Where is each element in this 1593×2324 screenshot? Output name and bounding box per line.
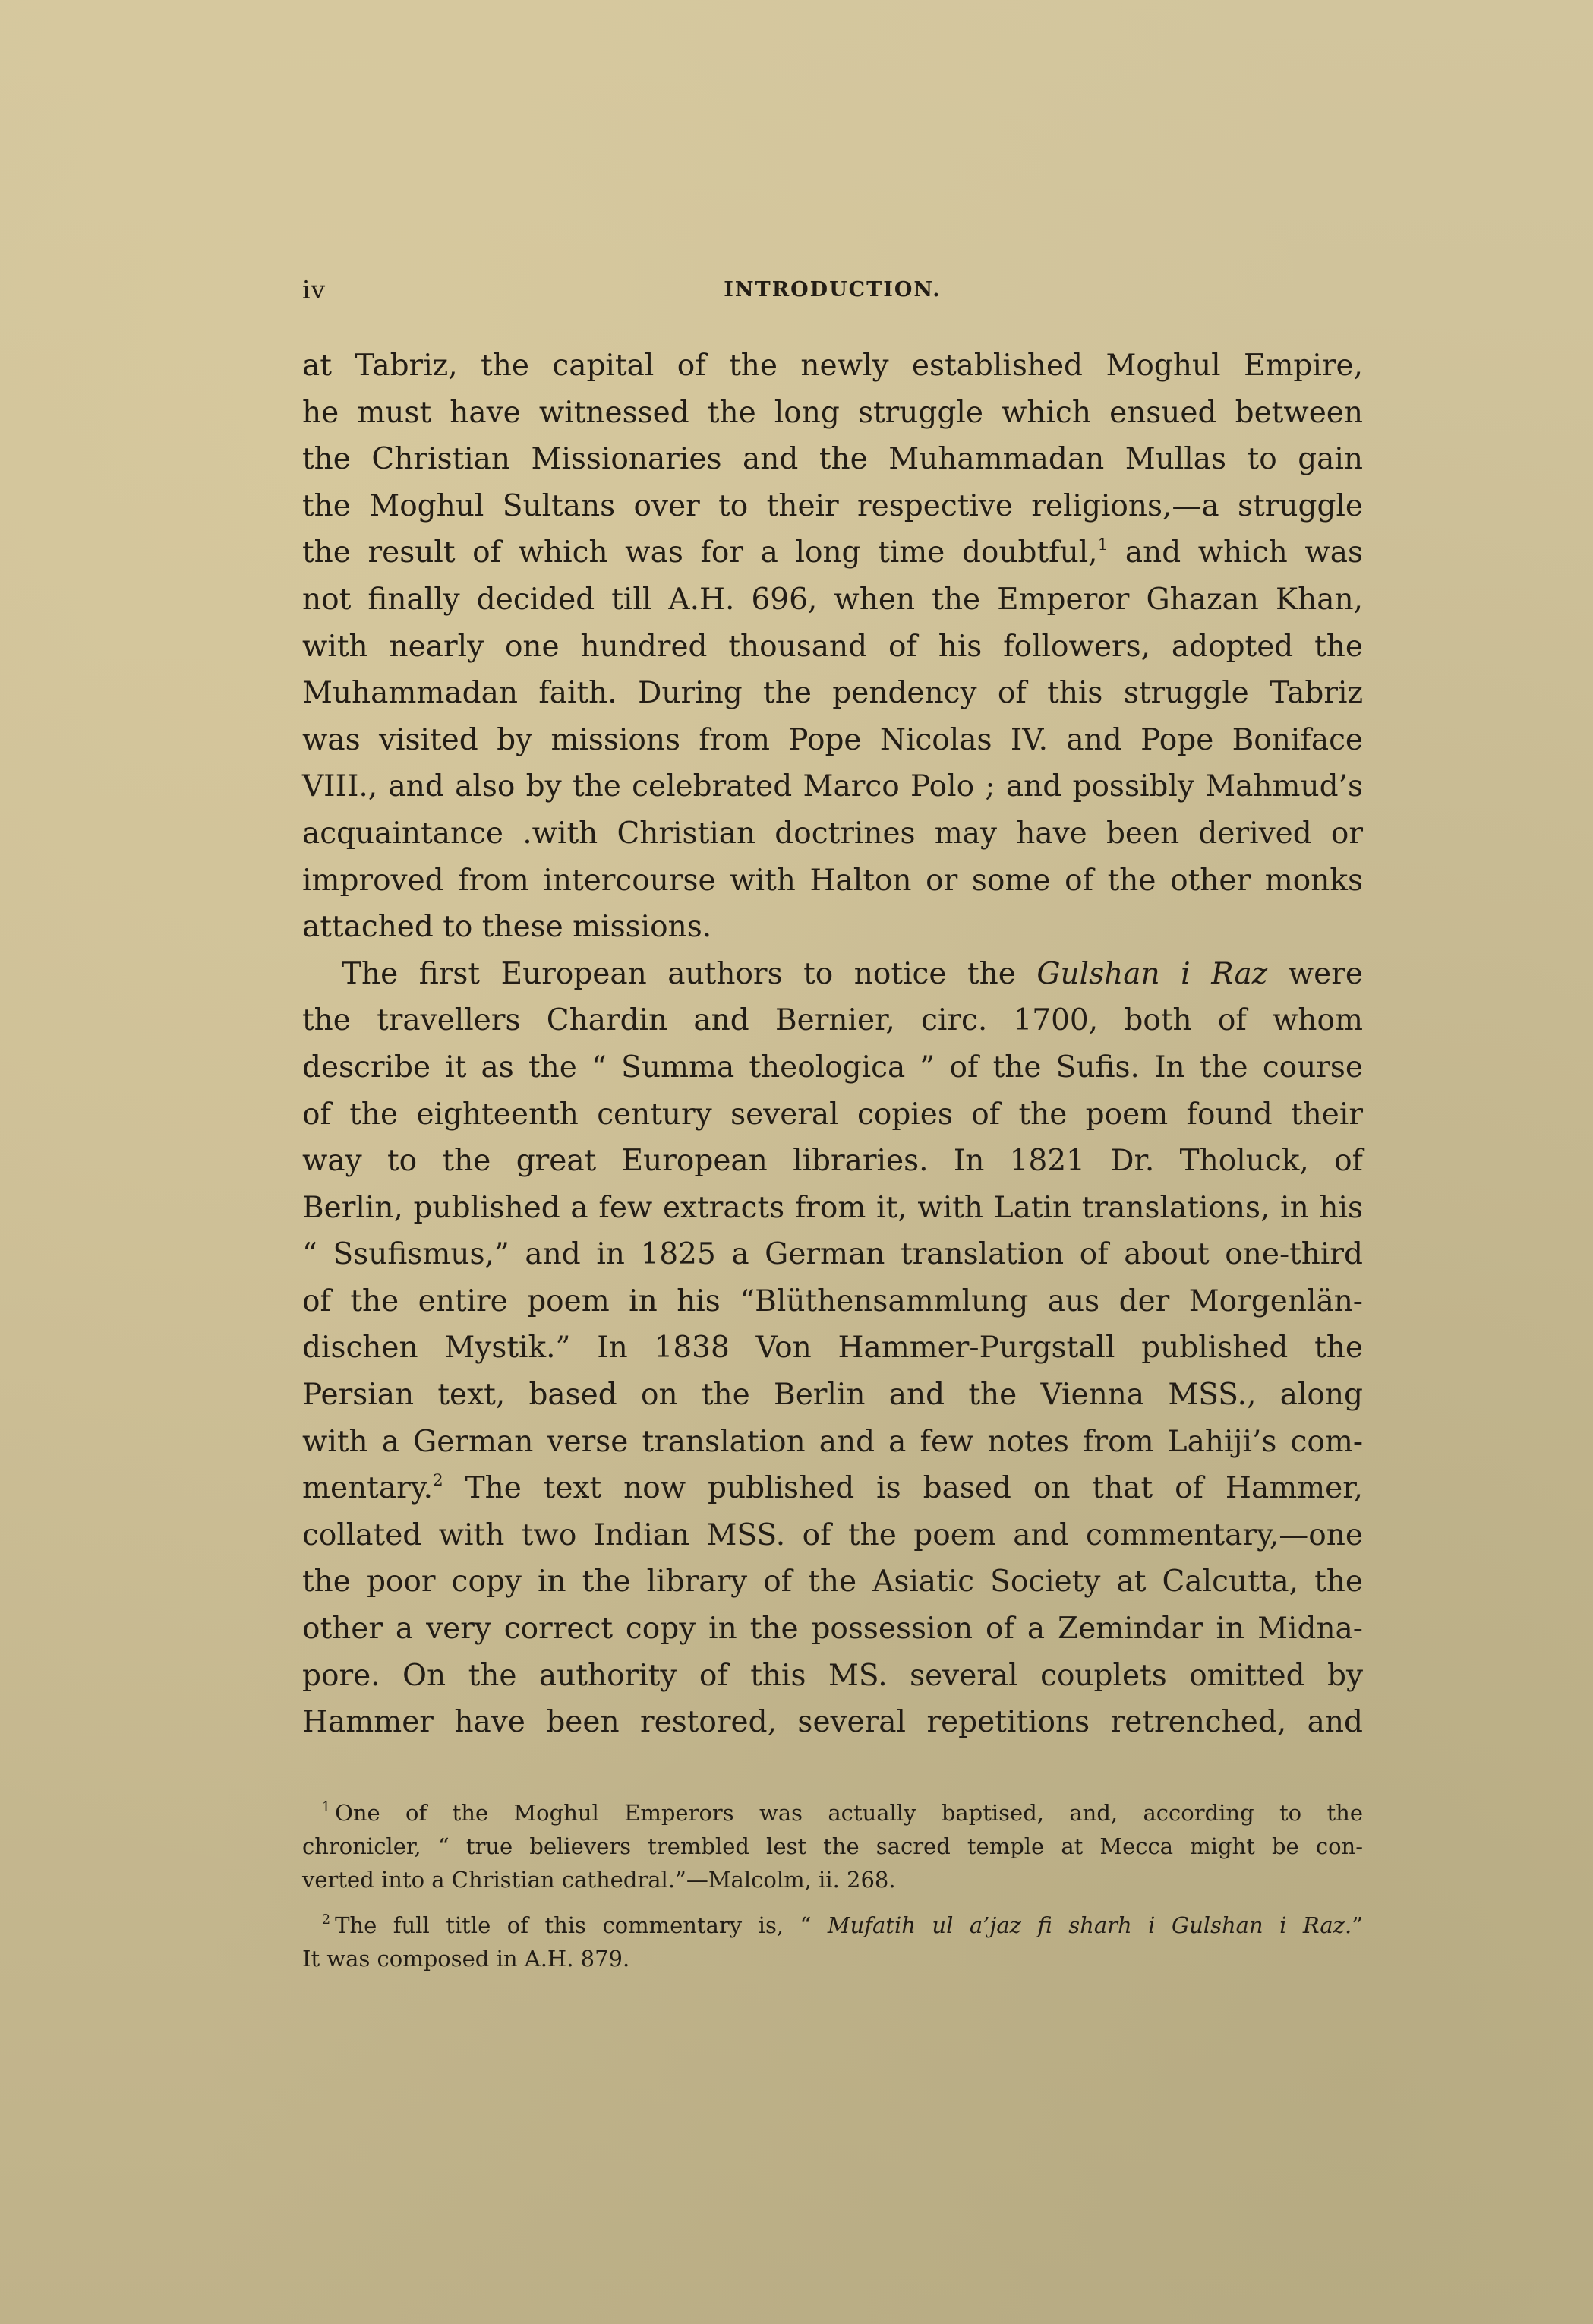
text-run: improved from intercourse with Halton or… <box>302 864 1363 898</box>
text-line: attached to these missions. <box>302 904 1363 951</box>
text-run: describe it as the “ Summa theologica ” … <box>302 1050 1363 1085</box>
text-run: the Christian Missionaries and the Muham… <box>302 442 1363 476</box>
text-run: with nearly one hundred thousand of his … <box>302 630 1363 664</box>
text-run: Berlin, published a few extracts from it… <box>302 1191 1363 1225</box>
text-line: Hammer have been restored, several repet… <box>302 1699 1363 1746</box>
text-line: dischen Mystik.” In 1838 Von Hammer-Purg… <box>302 1325 1363 1372</box>
text-run: mentary. <box>302 1471 433 1505</box>
text-run: the Moghul Sultans over to their respect… <box>302 489 1363 523</box>
text-run: “ Ssufismus,” and in 1825 a German trans… <box>302 1237 1363 1271</box>
text-line: other a very correct copy in the possess… <box>302 1606 1363 1653</box>
text-run: other a very correct copy in the possess… <box>302 1612 1363 1646</box>
text-run: Persian text, based on the Berlin and th… <box>302 1378 1363 1412</box>
text-line: improved from intercourse with Halton or… <box>302 857 1363 905</box>
text-line: Muhammadan faith. During the pendency of… <box>302 670 1363 717</box>
paragraph-first-line: The first European authors to notice the… <box>302 951 1363 998</box>
text-line: the Moghul Sultans over to their respect… <box>302 483 1363 530</box>
text-run: verted into a Christian cathedral.”—Malc… <box>302 1867 896 1893</box>
text-run: One of the Moghul Emperors was actually … <box>335 1800 1363 1826</box>
text-line: the travellers Chardin and Bernier, circ… <box>302 997 1363 1044</box>
text-run: Hammer have been restored, several repet… <box>302 1705 1363 1739</box>
text-run: way to the great European libraries. In … <box>302 1144 1363 1178</box>
text-line: at Tabriz, the capital of the newly esta… <box>302 343 1363 390</box>
footnote-line: 2The full title of this commentary is, “… <box>302 1909 1363 1942</box>
text-run: were <box>1267 957 1363 991</box>
text-line: collated with two Indian MSS. of the poe… <box>302 1512 1363 1559</box>
text-line: of the eighteenth century several copies… <box>302 1091 1363 1138</box>
text-run: It was composed in A.H. 879. <box>302 1946 629 1972</box>
text-run: attached to these missions. <box>302 910 711 944</box>
text-run: VIII., and also by the celebrated Marco … <box>302 769 1363 804</box>
text-run: The first European authors to notice the <box>342 957 1036 991</box>
text-line: Persian text, based on the Berlin and th… <box>302 1372 1363 1419</box>
text-run: The text now published is based on that … <box>443 1471 1363 1505</box>
text-run: at Tabriz, the capital of the newly esta… <box>302 349 1363 383</box>
book-page: iv INTRODUCTION. at Tabriz, the capital … <box>0 0 1593 2324</box>
text-line: describe it as the “ Summa theologica ” … <box>302 1044 1363 1091</box>
footnote-line: chronicler, “ true believers trembled le… <box>302 1830 1363 1863</box>
text-run: collated with two Indian MSS. of the poe… <box>302 1518 1363 1552</box>
text-run: of the eighteenth century several copies… <box>302 1097 1363 1132</box>
text-run: the result of which was for a long time … <box>302 535 1098 570</box>
text-run: the poor copy in the library of the Asia… <box>302 1565 1363 1599</box>
chapter-heading: INTRODUCTION. <box>302 278 1363 302</box>
text-line: he must have witnessed the long struggle… <box>302 390 1363 437</box>
footnote-line: It was composed in A.H. 879. <box>302 1942 1363 1975</box>
text-line: the poor copy in the library of the Asia… <box>302 1558 1363 1606</box>
footnote-1: 1One of the Moghul Emperors was actually… <box>302 1796 1363 1896</box>
main-text: at Tabriz, the capital of the newly esta… <box>302 343 1363 1746</box>
running-head: iv INTRODUCTION. <box>302 275 1363 313</box>
text-line: not finally decided till A.H. 696, when … <box>302 576 1363 624</box>
italic-title: Gulshan i Raz <box>1036 957 1267 991</box>
text-run: pore. On the authority of this MS. sever… <box>302 1659 1363 1693</box>
text-line: pore. On the authority of this MS. sever… <box>302 1653 1363 1700</box>
text-line: Berlin, published a few extracts from it… <box>302 1185 1363 1232</box>
text-line: the result of which was for a long time … <box>302 529 1363 576</box>
text-line: with nearly one hundred thousand of his … <box>302 624 1363 671</box>
text-line: with a German verse translation and a fe… <box>302 1419 1363 1466</box>
text-run: not finally decided till A.H. 696, when … <box>302 583 1363 617</box>
text-line: of the entire poem in his “Blüthensammlu… <box>302 1278 1363 1325</box>
text-run: the travellers Chardin and Bernier, circ… <box>302 1003 1363 1037</box>
text-run: The full title of this commentary is, “ <box>335 1912 828 1938</box>
text-run: Muhammadan faith. During the pendency of… <box>302 676 1363 710</box>
footnote-2: 2The full title of this commentary is, “… <box>302 1909 1363 1975</box>
text-run: of the entire poem in his “Blüthensammlu… <box>302 1284 1363 1318</box>
text-run: with a German verse translation and a fe… <box>302 1425 1363 1459</box>
text-line: mentary.2 The text now published is base… <box>302 1465 1363 1512</box>
text-run: ” <box>1352 1912 1363 1938</box>
footnote-line: verted into a Christian cathedral.”—Malc… <box>302 1863 1363 1896</box>
footnote-reference[interactable]: 1 <box>1098 535 1109 554</box>
footnote-reference[interactable]: 2 <box>433 1471 443 1490</box>
text-line: the Christian Missionaries and the Muham… <box>302 436 1363 483</box>
text-run: he must have witnessed the long struggle… <box>302 396 1363 430</box>
footnote-line: 1One of the Moghul Emperors was actually… <box>302 1796 1363 1830</box>
text-run: was visited by missions from Pope Nicola… <box>302 723 1363 757</box>
text-run: dischen Mystik.” In 1838 Von Hammer-Purg… <box>302 1331 1363 1365</box>
text-run: acquaintance .with Christian doctrines m… <box>302 816 1363 851</box>
footnote-marker: 2 <box>322 1912 330 1928</box>
text-line: VIII., and also by the celebrated Marco … <box>302 763 1363 810</box>
text-run: and which was <box>1108 535 1363 570</box>
footnote-marker: 1 <box>322 1800 330 1815</box>
footnotes: 1One of the Moghul Emperors was actually… <box>302 1796 1363 1988</box>
text-run: chronicler, “ true believers trembled le… <box>302 1833 1363 1859</box>
text-line: was visited by missions from Pope Nicola… <box>302 717 1363 764</box>
text-line: way to the great European libraries. In … <box>302 1138 1363 1185</box>
text-line: “ Ssufismus,” and in 1825 a German trans… <box>302 1231 1363 1278</box>
italic-title: Mufatih ul a’jaz fi sharh i Gulshan i Ra… <box>828 1912 1352 1938</box>
text-line: acquaintance .with Christian doctrines m… <box>302 810 1363 857</box>
